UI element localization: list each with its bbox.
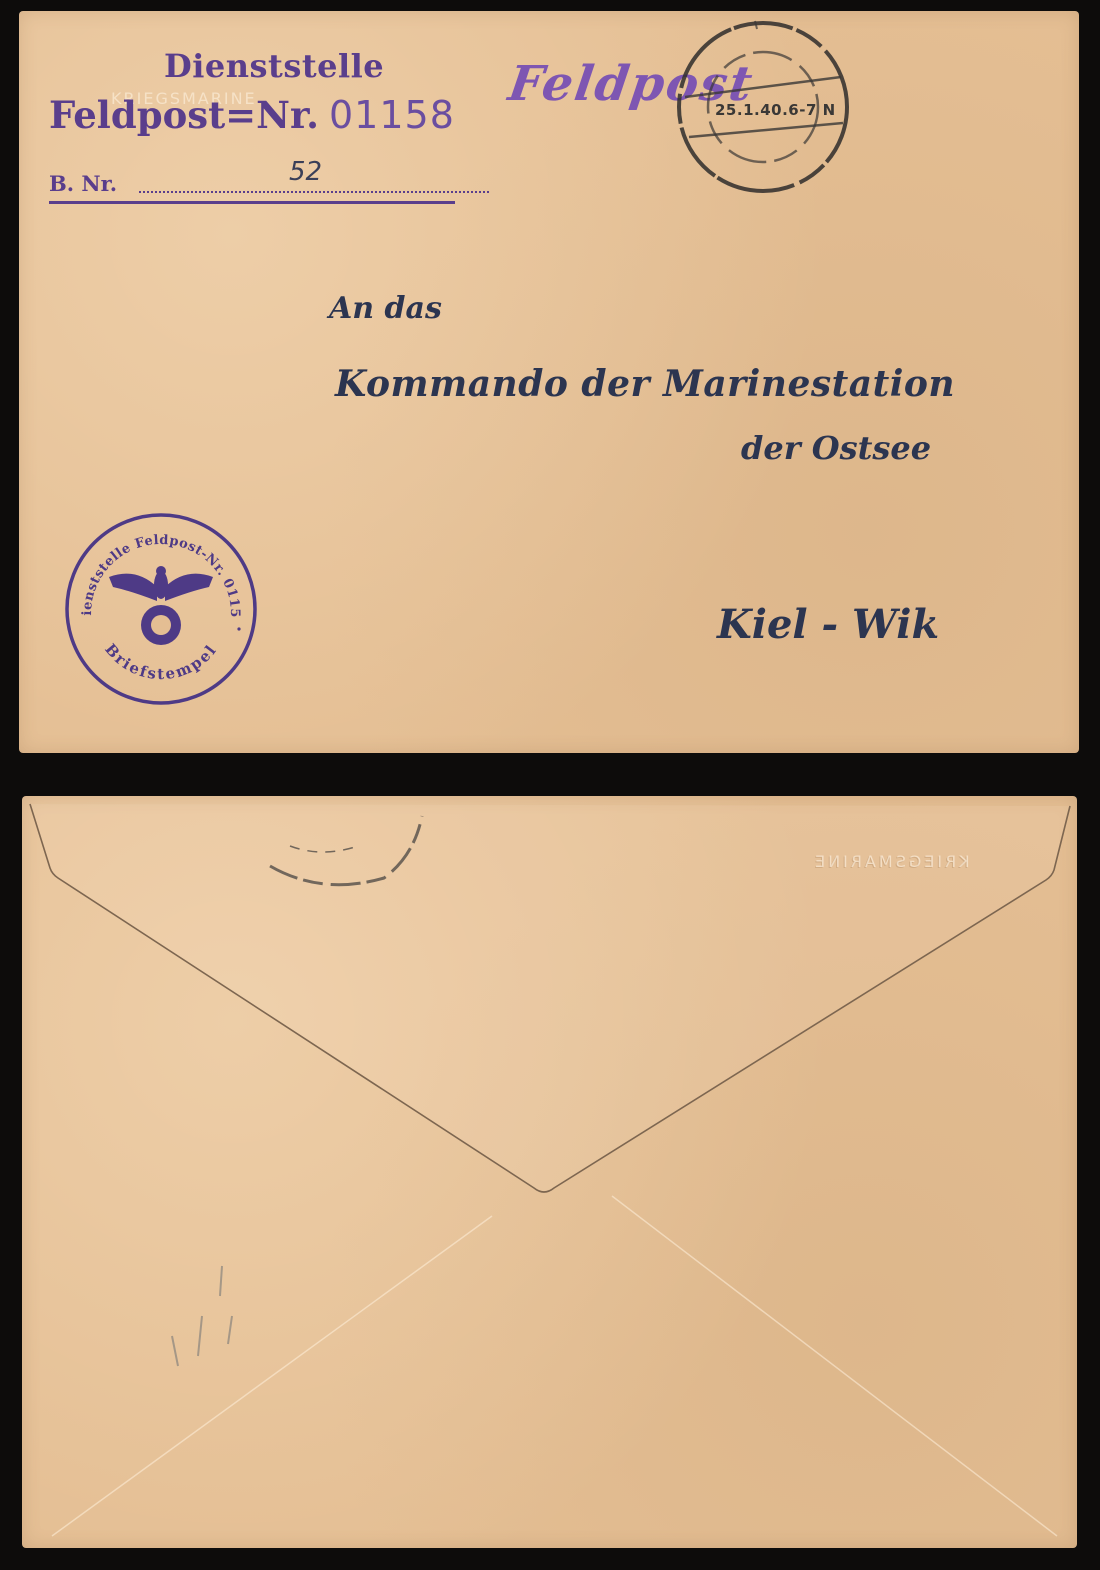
address-line-1: An das	[329, 291, 442, 326]
svg-text:Briefstempel: Briefstempel	[101, 640, 220, 683]
header-stamp-line2: Feldpost=Nr.01158	[49, 93, 455, 137]
postmark: 25.1.40.6-7 N	[671, 15, 851, 195]
eagle-emblem-icon	[109, 566, 213, 645]
postmark-date: 25.1.40.6-7 N	[715, 101, 836, 119]
header-rule	[49, 201, 455, 204]
feldpost-number: 01158	[329, 93, 455, 137]
embossing-kriegsmarine-mirrored: KRIEGSMARINE	[812, 852, 970, 871]
address-line-3: der Ostsee	[741, 429, 931, 467]
envelope-flap-lines	[22, 796, 1077, 1548]
address-line-4: Kiel - Wik	[717, 601, 939, 648]
bnr-value: 52	[289, 157, 322, 187]
seal-bottom-text: Briefstempel	[101, 640, 220, 683]
bnr-label: B. Nr.	[49, 171, 117, 196]
dotted-line	[139, 191, 489, 193]
envelope-back: KRIEGSMARINE	[22, 796, 1077, 1548]
svg-text:Dienststelle Feldpost-Nr. 0115: Dienststelle Feldpost-Nr. 01158	[61, 509, 242, 618]
envelope-front: Dienststelle KRIEGSMARINE Feldpost=Nr.01…	[19, 11, 1079, 753]
feldpost-nr-label: Feldpost=Nr.	[49, 93, 319, 137]
address-line-2: Kommando der Marinestation	[335, 363, 955, 405]
ink-smudge	[172, 1266, 232, 1366]
seal-top-text: Dienststelle Feldpost-Nr. 01158	[61, 509, 242, 618]
seal-icon: Dienststelle Feldpost-Nr. 01158 Briefste…	[61, 509, 261, 709]
header-stamp-line1: Dienststelle	[164, 47, 384, 85]
official-seal: Dienststelle Feldpost-Nr. 01158 Briefste…	[61, 509, 261, 709]
